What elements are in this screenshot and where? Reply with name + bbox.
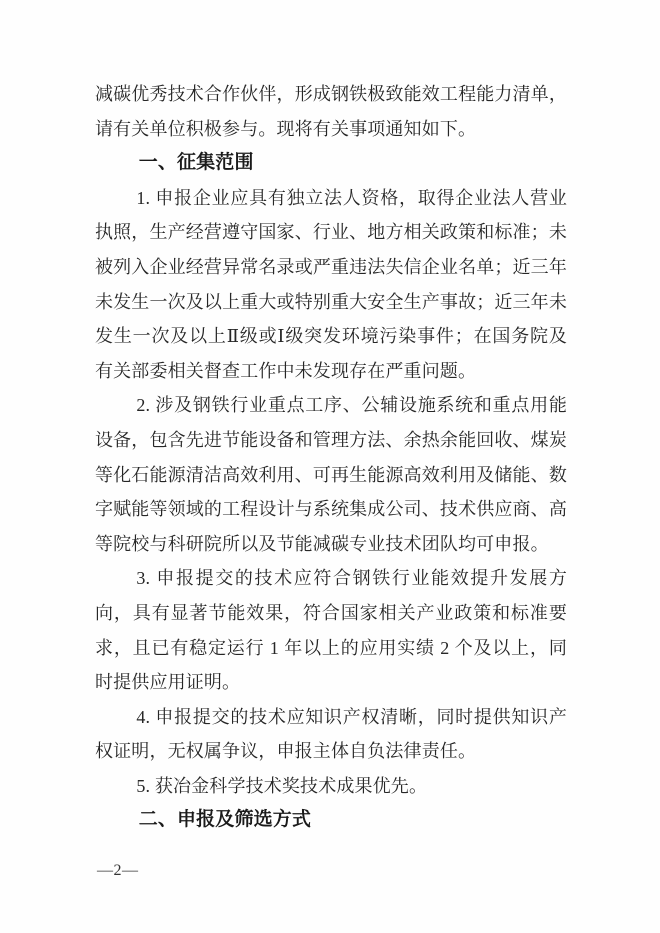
paragraph: 5. 获冶金科学技术奖技术成果优先。 bbox=[95, 769, 567, 804]
document-body: 减碳优秀技术合作伙伴，形成钢铁极致能效工程能力清单，请有关单位积极参与。现将有关… bbox=[95, 77, 567, 838]
paragraph: 2. 涉及钢铁行业重点工序、公辅设施系统和重点用能设备，包含先进节能设备和管理方… bbox=[95, 388, 567, 561]
paragraph: 4. 申报提交的技术应知识产权清晰，同时提供知识产权证明，无权属争议，申报主体自… bbox=[95, 700, 567, 769]
paragraph: 1. 申报企业应具有独立法人资格，取得企业法人营业执照，生产经营遵守国家、行业、… bbox=[95, 181, 567, 389]
page-number: —2— bbox=[97, 862, 139, 880]
document-page: 减碳优秀技术合作伙伴，形成钢铁极致能效工程能力清单，请有关单位积极参与。现将有关… bbox=[0, 0, 660, 933]
paragraph: 3. 申报提交的技术应符合钢铁行业能效提升发展方向，具有显著节能效果，符合国家相… bbox=[95, 561, 567, 699]
paragraph: 减碳优秀技术合作伙伴，形成钢铁极致能效工程能力清单，请有关单位积极参与。现将有关… bbox=[95, 77, 567, 146]
section-heading: 一、征集范围 bbox=[95, 146, 567, 181]
section-heading: 二、申报及筛选方式 bbox=[95, 803, 567, 838]
